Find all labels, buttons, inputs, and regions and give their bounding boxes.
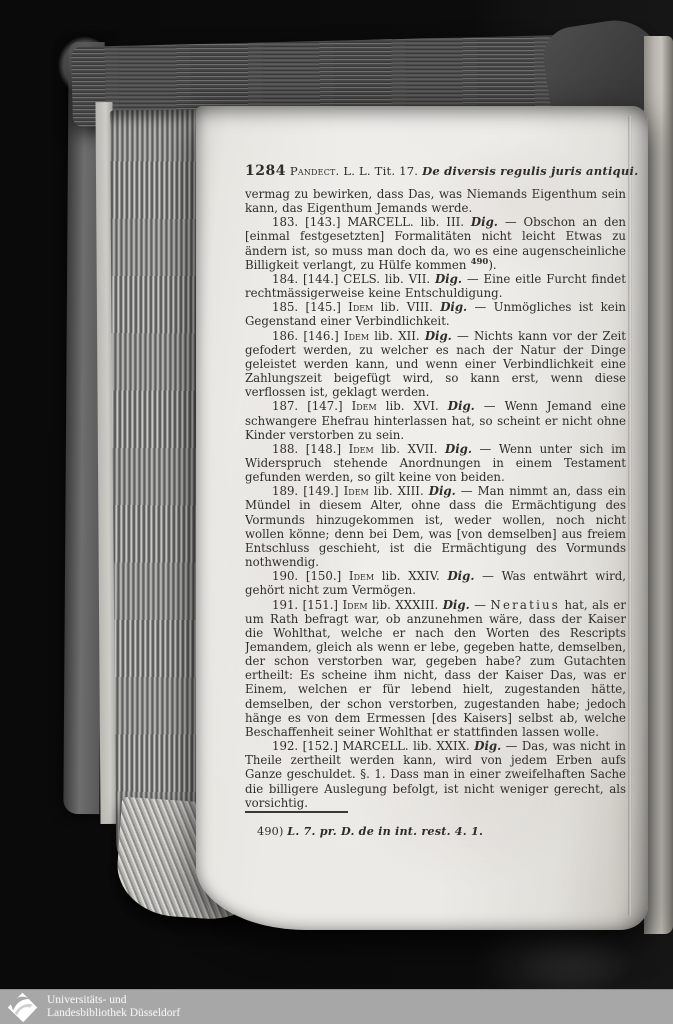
gutter-crease	[628, 116, 632, 916]
footnote-separator-rule	[245, 811, 348, 813]
book-page: 1284 Pandect. L. L. Tit. 17. De diversis…	[196, 106, 648, 930]
page-stack-left-edge	[110, 110, 203, 869]
page-header: 1284 Pandect. L. L. Tit. 17. De diversis…	[245, 163, 627, 179]
page-body-text: vermag zu bewirken, dass Das, was Nieman…	[245, 187, 626, 813]
library-watermark-bar: Universitäts- und Landesbibliothek Düsse…	[0, 989, 673, 1024]
footnote: 490) L. 7. pr. D. de in int. rest. 4. 1.	[257, 824, 617, 838]
library-name-line1: Universitäts- und	[47, 994, 180, 1008]
library-name-line2: Landesbibliothek Düsseldorf	[47, 1007, 180, 1021]
scan-stage: 1284 Pandect. L. L. Tit. 17. De diversis…	[0, 0, 673, 1024]
ulb-duesseldorf-logo-icon	[7, 992, 38, 1023]
library-name: Universitäts- und Landesbibliothek Düsse…	[47, 994, 180, 1021]
facing-page-edge	[644, 36, 673, 934]
